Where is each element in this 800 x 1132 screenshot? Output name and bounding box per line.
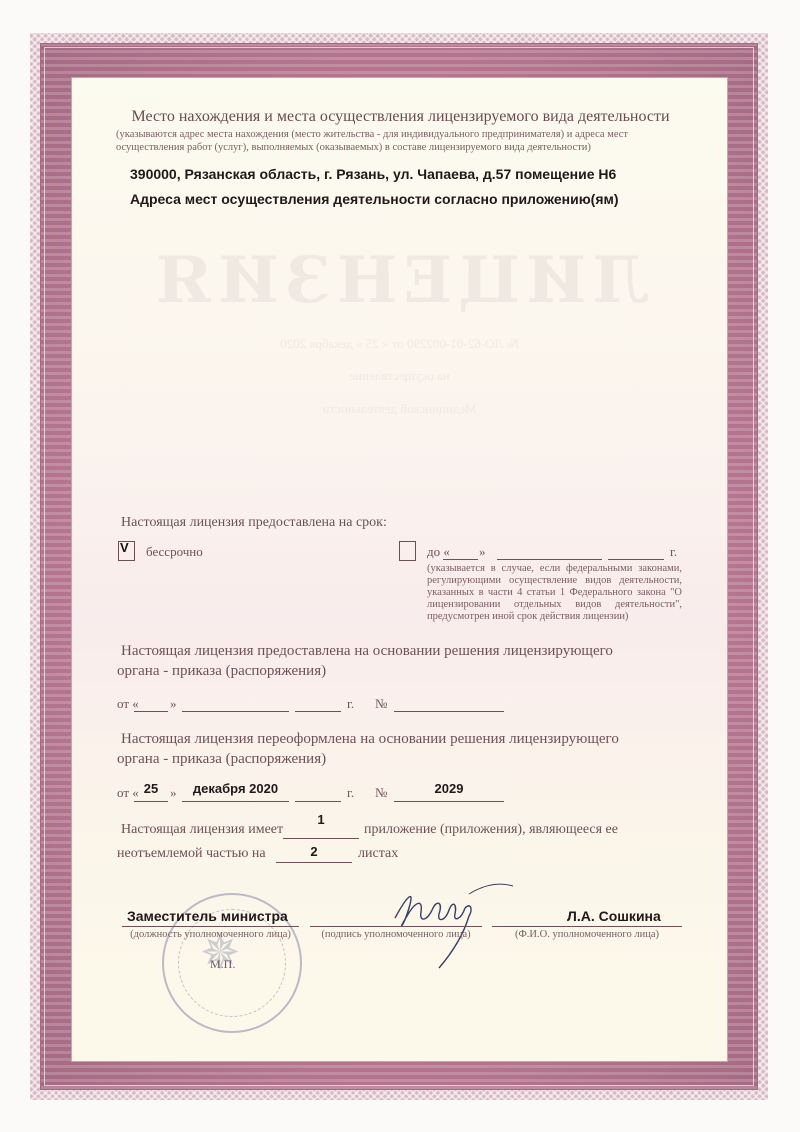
location-note: (указываются адрес места нахождения (мес…	[116, 128, 696, 154]
signer-position: Заместитель министра	[127, 908, 288, 924]
reissued-year-suffix: г.	[347, 785, 354, 801]
appendix-count-field[interactable]	[283, 838, 359, 839]
appendix-count-value: 1	[283, 812, 359, 827]
ghost-title: ЛИЦЕНЗИЯ	[72, 243, 727, 318]
granted-month-field[interactable]	[182, 711, 289, 712]
indefinite-checkbox[interactable]: V	[118, 541, 135, 561]
handwritten-signature	[387, 876, 517, 971]
reissued-number-field[interactable]	[394, 801, 504, 802]
appendix-text-part3: неотъемлемой частью на	[117, 846, 266, 862]
ghost-line: № ЛО-62-01-002290 от « 25 » декабря 2020	[72, 336, 727, 352]
reissued-number-sign: №	[375, 785, 387, 801]
until-note: (указывается в случае, если федеральными…	[427, 563, 682, 623]
term-heading: Настоящая лицензия предоставлена на срок…	[121, 515, 387, 531]
name-label: (Ф.И.О. уполномоченного лица)	[492, 929, 682, 940]
reissued-month-year-value: декабря 2020	[182, 781, 289, 796]
until-quote: »	[479, 544, 486, 560]
granted-quote: »	[170, 696, 177, 712]
appendix-text-part1: Настоящая лицензия имеет	[121, 822, 283, 838]
appendix-text-part2: приложение (приложения), являющееся ее	[364, 822, 618, 838]
granted-year-field[interactable]	[295, 711, 341, 712]
activity-addresses: Адреса мест осуществления деятельности с…	[130, 191, 619, 207]
reissued-quote: »	[170, 785, 177, 801]
granted-from-prefix: от «	[117, 696, 139, 712]
reissued-text-line2: органа - приказа (распоряжения)	[117, 751, 326, 768]
granted-number-sign: №	[375, 696, 387, 712]
reissued-year-field[interactable]	[295, 801, 341, 802]
sheets-count-value: 2	[276, 844, 352, 859]
ghost-line: на осуществление	[72, 368, 727, 384]
granted-number-field[interactable]	[394, 711, 504, 712]
signature-label: (подпись уполномоченного лица)	[310, 929, 482, 940]
ghost-line: Медицинской деятельности	[72, 401, 727, 417]
sheets-count-field[interactable]	[276, 862, 352, 863]
position-label: (должность уполномоченного лица)	[122, 929, 299, 940]
reissued-day-field[interactable]	[134, 801, 168, 802]
reissued-text-line1: Настоящая лицензия переоформлена на осно…	[121, 731, 619, 748]
until-day-field[interactable]	[443, 559, 478, 560]
reissued-month-field[interactable]	[182, 801, 289, 802]
location-heading: Место нахождения и места осуществления л…	[72, 108, 728, 126]
appendix-text-part4: листах	[358, 846, 398, 862]
license-address: 390000, Рязанская область, г. Рязань, ул…	[130, 166, 616, 182]
until-prefix: до «	[427, 544, 450, 560]
until-date-checkbox[interactable]	[399, 541, 416, 561]
granted-year-suffix: г.	[347, 696, 354, 712]
license-page: ЛИЦЕНЗИЯ № ЛО-62-01-002290 от « 25 » дек…	[71, 77, 728, 1062]
until-year-suffix: г.	[670, 544, 677, 560]
seal-label: М.П.	[210, 957, 235, 972]
reissued-number-value: 2029	[394, 781, 504, 796]
until-year-field[interactable]	[608, 559, 664, 560]
granted-text-line2: органа - приказа (распоряжения)	[117, 663, 326, 680]
granted-text-line1: Настоящая лицензия предоставлена на осно…	[121, 643, 613, 660]
reissued-day-value: 25	[134, 781, 168, 796]
signer-name: Л.А. Сошкина	[567, 908, 661, 924]
check-mark-icon: V	[120, 540, 129, 555]
until-month-field[interactable]	[497, 559, 602, 560]
indefinite-label: бессрочно	[146, 544, 203, 560]
granted-day-field[interactable]	[134, 711, 168, 712]
